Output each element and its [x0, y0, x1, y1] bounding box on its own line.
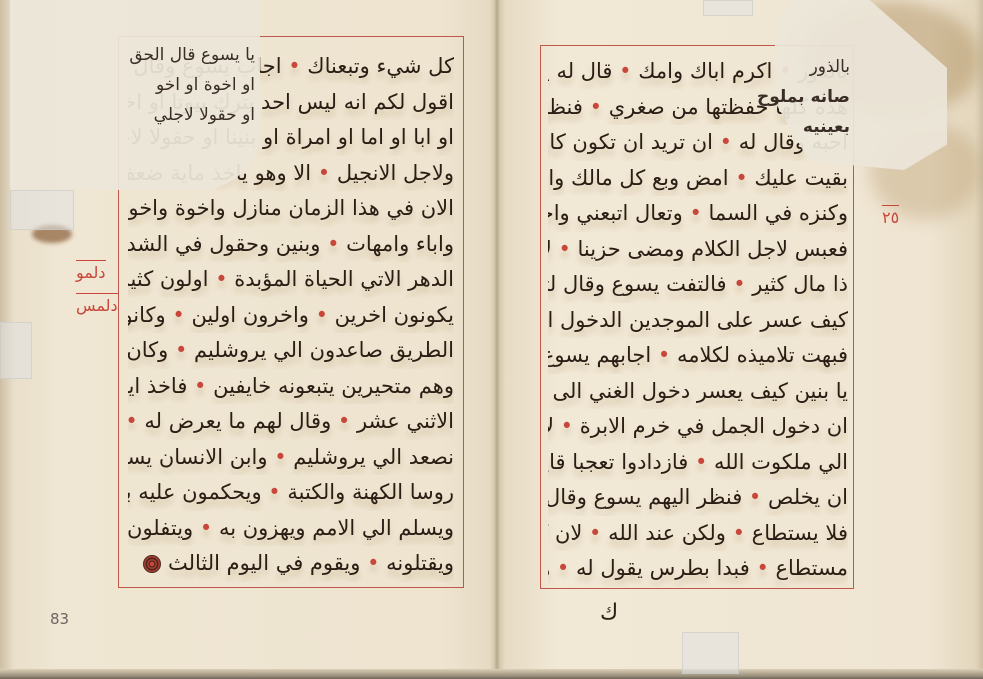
repair-tape — [10, 190, 74, 230]
repair-tape — [703, 0, 753, 16]
marginal-note: دلمو — [76, 260, 106, 282]
text-line: وكنزه في السما • وتعال اتبعني واحمل الصل… — [548, 196, 848, 232]
text-line: فلا يستطاع • ولكن عند الله • لان كلا عند… — [548, 516, 848, 552]
text-line: واباء وامهات • وبنين وحقول في الشدايد وف… — [128, 227, 454, 263]
patch-text-block: بالذور صانه بملوح بعينيه — [780, 52, 850, 142]
text-line: نصعد الي يروشليم • وابن الانسان يسلم الي — [128, 440, 454, 476]
text-line: ذا مال كثير • فالتفت يسوع وقال لتلاميذه … — [548, 267, 848, 303]
patch-text-line: او حقولا لاجلي — [120, 100, 255, 130]
text-line: الي ملكوت الله • فازدادوا تعجبا قايلين م… — [548, 445, 848, 481]
text-line: يا بنين كيف يعسر دخول الغني الى ملكوت ال… — [548, 374, 848, 410]
text-line: روسا الكهنة والكتبة • ويحكمون عليه بالمو… — [128, 475, 454, 511]
final-line-text: ويقتلونه • ويقوم في اليوم الثالث — [168, 551, 454, 575]
catchword: ك — [600, 600, 618, 625]
marginal-note-text: ٢٥ — [882, 208, 899, 227]
text-line: الاثني عشر • وقال لهم ما يعرض له • ها هو… — [128, 404, 454, 440]
folio-number: 83 — [50, 610, 69, 628]
rosette-ornament-icon — [143, 555, 161, 573]
text-line: الدهر الاتي الحياة المؤبدة • اولون كثيرو… — [128, 262, 454, 298]
text-line: الان في هذا الزمان منازل واخوة واخوات — [128, 191, 454, 227]
patch-text-line: بالذور — [780, 52, 850, 82]
patch-text-block: يا يسوع قال الحق او اخوة او اخو او حقولا… — [120, 40, 255, 130]
marginal-note-text: دلمس — [76, 296, 118, 315]
text-line: مستطاع • فبدا بطرس يقول له • ها نحن قد ت… — [548, 551, 848, 587]
text-line: ان يخلص • فنظر اليهم يسوع وقال • اما عند… — [548, 480, 848, 516]
book-gutter — [494, 0, 500, 679]
text-line: فبهت تلاميذه لكلامه • اجابهم يسوع وقال ل… — [548, 338, 848, 374]
text-line: كيف عسر على الموجدين الدخول الى ملكوت ال… — [548, 303, 848, 339]
text-line: وهم متحيرين يتبعونه خايفين • فاخذ ايضا — [128, 369, 454, 405]
marginal-note-text: دلمو — [76, 263, 106, 282]
marginal-note: دلمس — [76, 293, 118, 315]
page-bottom-edge — [0, 669, 983, 679]
repair-tape — [0, 322, 32, 379]
text-line-final: ويقتلونه • ويقوم في اليوم الثالث — [128, 546, 454, 582]
patch-text-line: يا يسوع قال الحق — [120, 40, 255, 70]
patch-text-line: او اخوة او اخو — [120, 70, 255, 100]
text-line: الطريق صاعدون الي يروشليم • وكان يسوع قد… — [128, 333, 454, 369]
text-line: فعبس لاجل الكلام ومضى حزينا • لانه كان — [548, 232, 848, 268]
text-line: بقيت عليك • امض وبع كل مالك واعطه للمساك… — [548, 161, 848, 197]
text-line: ويسلم الي الامم ويهزون به • ويتفلون عليه… — [128, 511, 454, 547]
marginal-note: ٢٥ — [882, 205, 899, 227]
text-line: يكونون اخرين • واخرون اولين • وكانوا في — [128, 298, 454, 334]
text-line: ان دخول الجمل في خرم الابرة • لايسر من غ… — [548, 409, 848, 445]
repair-tape — [682, 632, 739, 674]
patch-text-line: بعينيه — [780, 112, 850, 142]
patch-text-line: صانه بملوح — [780, 82, 850, 112]
